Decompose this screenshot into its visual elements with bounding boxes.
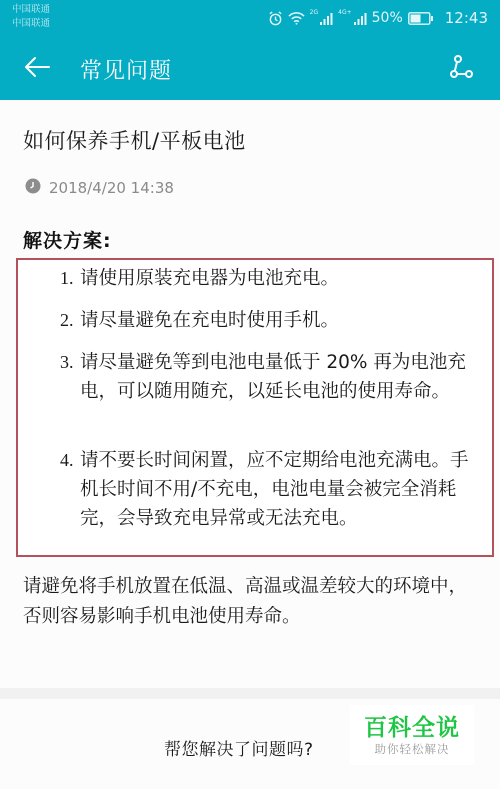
solution-step: 1. 请使用原装充电器为电池充电。 — [60, 264, 480, 293]
carrier-list: 中国联通 中国联通 — [12, 3, 50, 31]
step-text: 请尽量避免在充电时使用手机。 — [80, 306, 480, 335]
article-date: 2018/4/20 14:38 — [49, 179, 174, 197]
signal-4g-label: 4G+ — [338, 9, 352, 16]
feedback-question: 帮您解决了问题吗? — [164, 735, 314, 760]
wifi-icon — [288, 11, 305, 25]
carrier-label: 中国联通 — [12, 3, 50, 17]
battery-icon — [408, 12, 434, 25]
step-text: 请使用原装充电器为电池充电。 — [80, 264, 480, 293]
step-number: 1. — [60, 264, 80, 293]
signal-4g-icon — [354, 12, 367, 25]
article-note: 请避免将手机放置在低温、高温或温差较大的环境中，否则容易影响手机电池使用寿命。 — [23, 572, 483, 632]
share-icon — [449, 54, 475, 84]
status-indicators: 2G 4G+ 50% 12:43 — [268, 7, 488, 29]
alarm-icon — [268, 11, 283, 26]
battery-percent: 50% — [372, 10, 403, 26]
solution-heading: 解决方案: — [23, 226, 112, 253]
watermark-main: 百科全说 — [350, 715, 474, 741]
status-time: 12:43 — [445, 9, 488, 27]
arrow-left-icon — [23, 55, 51, 83]
solution-step: 4. 请不要长时间闲置，应不定期给电池充满电。手机长时间不用/不充电，电池电量会… — [60, 446, 480, 533]
back-button[interactable] — [20, 52, 54, 86]
carrier-label: 中国联通 — [12, 17, 50, 31]
signal-2g-label: 2G — [310, 9, 318, 16]
share-button[interactable] — [446, 53, 478, 85]
watermark-sub: 助你轻松解决 — [350, 741, 474, 757]
section-divider — [0, 688, 500, 699]
solution-step: 3. 请尽量避免等到电池电量低于 20% 再为电池充电，可以随用随充，以延长电池… — [60, 348, 480, 406]
solution-step: 2. 请尽量避免在充电时使用手机。 — [60, 306, 480, 335]
article-meta: 2018/4/20 14:38 — [25, 178, 174, 198]
step-number: 3. — [60, 348, 80, 406]
watermark-logo: 百科全说 助你轻松解决 — [350, 705, 474, 765]
page-title: 常见问题 — [80, 54, 172, 85]
clock-icon — [25, 178, 41, 198]
step-number: 4. — [60, 446, 80, 533]
article-title: 如何保养手机/平板电池 — [23, 125, 246, 155]
step-text: 请尽量避免等到电池电量低于 20% 再为电池充电，可以随用随充，以延长电池的使用… — [80, 348, 480, 406]
step-text: 请不要长时间闲置，应不定期给电池充满电。手机长时间不用/不充电，电池电量会被完全… — [80, 446, 480, 533]
signal-2g-icon — [320, 12, 333, 25]
step-number: 2. — [60, 306, 80, 335]
status-bar: 中国联通 中国联通 2G 4G+ 50% 12:43 — [0, 0, 500, 38]
app-bar: 常见问题 — [0, 38, 500, 100]
solution-steps-box: 1. 请使用原装充电器为电池充电。 2. 请尽量避免在充电时使用手机。 3. 请… — [16, 258, 494, 557]
